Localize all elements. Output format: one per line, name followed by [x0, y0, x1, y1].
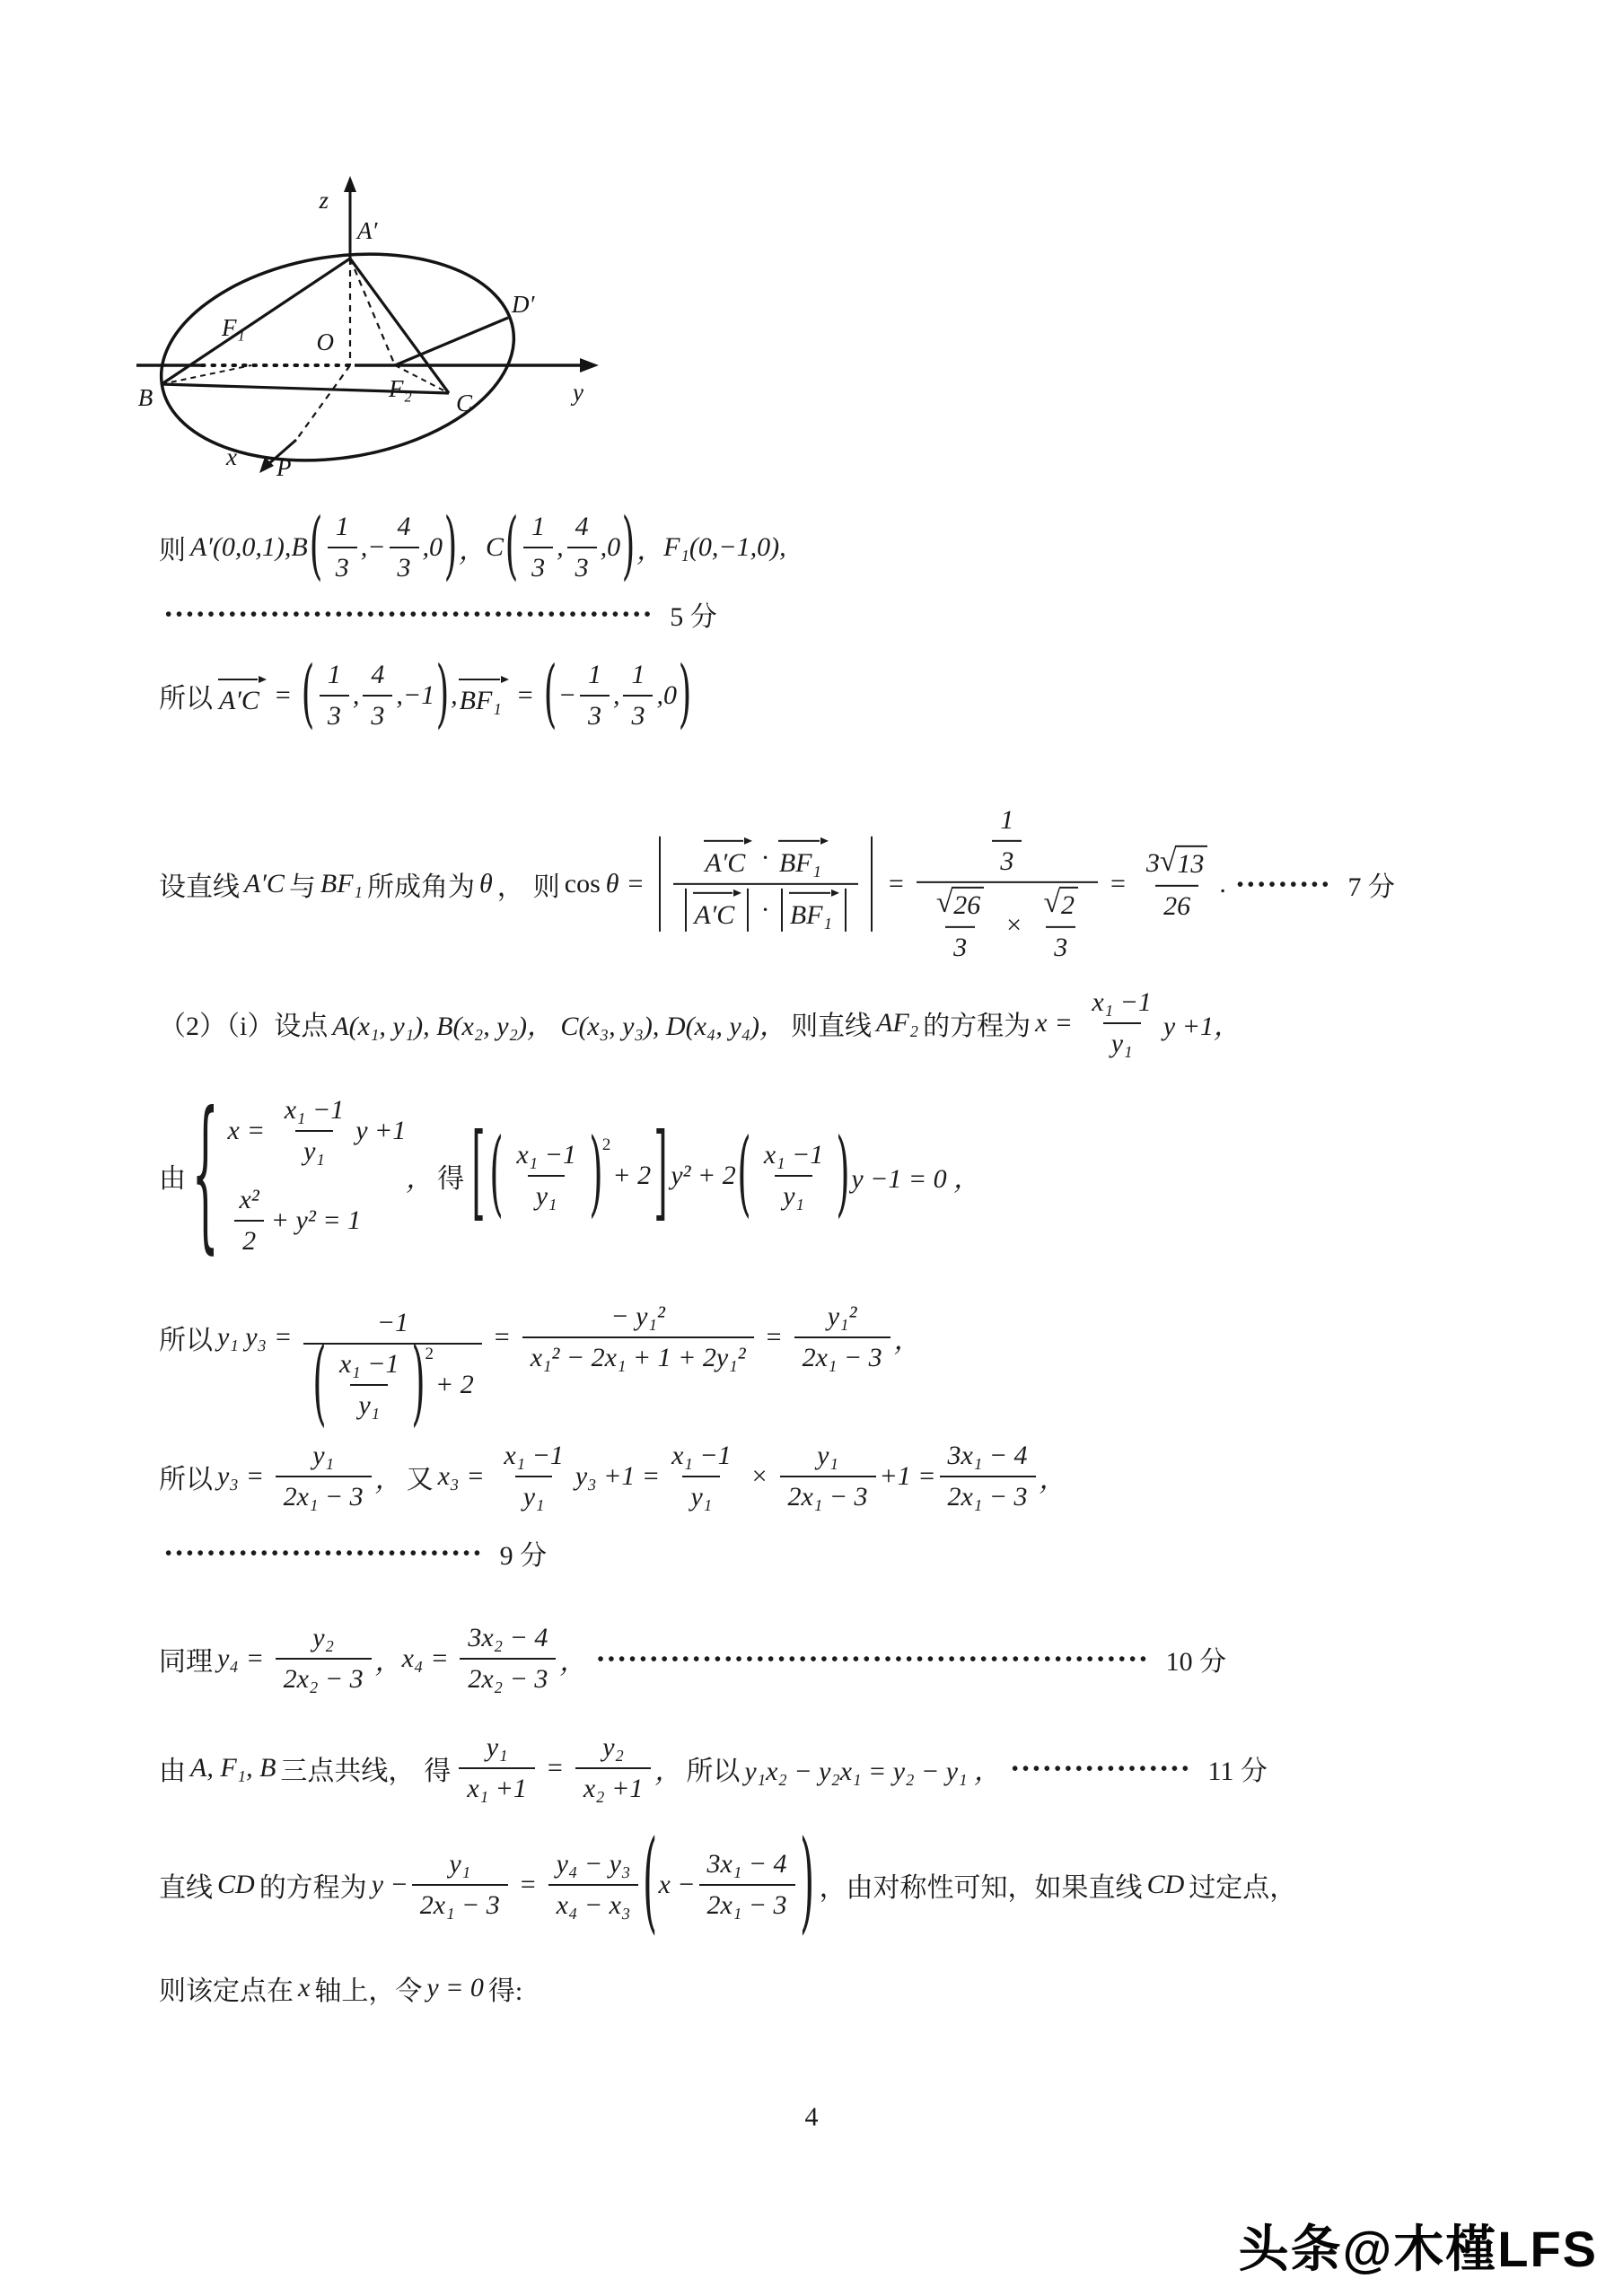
watermark: 头条@木槿LFS: [1239, 2210, 1598, 2282]
equals-sign: =: [276, 1322, 291, 1353]
text-de-colon: 得:: [488, 1968, 522, 2008]
equation-2: x²2 + y² = 1: [227, 1184, 361, 1258]
equals-sign: =: [518, 680, 533, 711]
vector-B-F1: BF₁: [777, 837, 829, 880]
equals-sign: =: [521, 1870, 536, 1900]
fraction: x₁ −1y₁: [508, 1139, 584, 1213]
numerator: √26: [928, 887, 992, 926]
dotted-leader: ••••••••••••••••••••••••••••••••••••••••…: [165, 603, 654, 626]
formula-line-7: 所以 y₁ y₃ = −1 ( x₁ −1y₁ ) 2 + 2 = − y₁²x…: [154, 1280, 921, 1395]
numerator: 4: [567, 511, 597, 547]
fraction: − y₁²x₁² − 2x₁ + 1 + 2y₁²: [522, 1301, 754, 1374]
comma: ,: [451, 680, 458, 711]
denominator: x₂ +1: [575, 1767, 652, 1805]
numerator: x₁ −1: [276, 1094, 353, 1130]
numerator: 1: [523, 511, 553, 547]
denominator: 3: [567, 547, 597, 584]
text-angle: 所成角为: [367, 864, 475, 904]
segment-Aprime-C: [350, 259, 449, 393]
absolute-value: A′C: [685, 889, 749, 932]
score-11: 11 分: [1208, 1748, 1268, 1788]
numerator: x₁ −1: [508, 1139, 584, 1175]
z-arrowhead: [344, 176, 356, 192]
comma: ，: [894, 1318, 921, 1357]
period: .: [1219, 869, 1226, 899]
denominator: 2x₂ − 3: [276, 1658, 372, 1696]
line-CD: CD: [1147, 1870, 1185, 1900]
var-x: x: [1035, 1008, 1047, 1038]
equals-sign: =: [249, 1116, 264, 1146]
comma: ,: [361, 532, 368, 563]
fraction: 13: [580, 659, 610, 732]
equation-system: x = x₁ −1y₁ y +1 x²2 + y² = 1: [227, 1094, 406, 1258]
open-bracket: [: [472, 1124, 486, 1227]
figure-3d-ellipse: z A′ O F₁ F₂ D′ B C y x P: [126, 169, 610, 478]
minus-sign: −: [558, 680, 576, 711]
open-paren: (: [737, 1129, 750, 1222]
label-F2: F₂: [388, 375, 412, 402]
y1-y3: y₁ y₃: [217, 1322, 267, 1353]
plus-2: + 2: [612, 1161, 651, 1191]
text-fixed-point: 过定点，: [1189, 1865, 1296, 1905]
text-you: 由: [159, 1748, 186, 1788]
denominator: x₁ +1: [459, 1767, 535, 1805]
point-F1: F₁(0,−1,0),: [663, 532, 785, 563]
denominator: 2x₁ − 3: [412, 1884, 508, 1922]
denominator: 3: [523, 547, 553, 584]
fraction: 43: [567, 511, 597, 584]
fraction: −1 ( x₁ −1y₁ ) 2 + 2: [303, 1307, 482, 1422]
fraction: x₁ −1y₁: [331, 1348, 408, 1422]
fraction: 3√13 26: [1138, 846, 1215, 923]
vector-A-prime-C: A′C: [217, 675, 267, 716]
coefficient: 3: [1146, 847, 1160, 880]
denominator: 2x₁ − 3: [780, 1476, 876, 1513]
coord-tail: ,−1: [396, 680, 434, 711]
comma: ，: [636, 528, 663, 567]
open-paren: (: [643, 1830, 657, 1940]
equals-sign: =: [248, 1461, 263, 1492]
var-x3: x₃: [438, 1461, 460, 1492]
var-x: x: [227, 1116, 239, 1146]
open-paren: (: [543, 659, 557, 733]
open-paren: (: [505, 511, 519, 585]
cos-label: cos: [565, 869, 601, 899]
times-sign: ×: [1005, 909, 1022, 942]
equation-1: x = x₁ −1y₁ y +1: [227, 1094, 406, 1168]
fraction: y₁x₁ +1: [459, 1731, 535, 1805]
coord-tail: ,0: [656, 680, 677, 711]
equals-sign: =: [1056, 1008, 1071, 1038]
text-axis-let: 轴上，令: [314, 1968, 422, 2008]
denominator: 26: [1155, 885, 1198, 923]
point-A-prime: A′(0,0,1),: [190, 532, 291, 563]
superscript-2: 2: [425, 1345, 434, 1365]
comma: ，: [406, 1156, 433, 1196]
text-tongli: 同理: [159, 1639, 213, 1678]
line-A-F2: AF₂: [876, 1008, 918, 1038]
score-5: 5 分: [670, 594, 717, 634]
numerator: 3√13: [1138, 846, 1215, 885]
denominator: y₁: [350, 1384, 388, 1422]
var-x4: x₄: [402, 1643, 424, 1674]
formula-line-1: 则 A′(0,0,1), B ( 13 , − 43 ,0 ) ， C ( 13…: [154, 511, 786, 584]
denominator: ( x₁ −1y₁ ) 2 + 2: [303, 1343, 482, 1422]
fraction: y₄ − y₃x₄ − x₃: [548, 1848, 639, 1922]
fraction: x²2: [231, 1184, 267, 1258]
denominator: 2x₂ − 3: [460, 1658, 556, 1696]
ellipse-equation-tail: + y² = 1: [271, 1205, 361, 1236]
score-line-5: ••••••••••••••••••••••••••••••••••••••••…: [154, 594, 722, 634]
superscript-2: 2: [602, 1135, 611, 1155]
numerator: 1: [992, 804, 1022, 840]
equals-sign: =: [468, 1461, 483, 1492]
dotted-leader: •••••••••••••••••: [1012, 1757, 1193, 1780]
denominator: 3: [320, 695, 349, 732]
numerator: y₁²: [820, 1301, 865, 1336]
comma: ,: [353, 680, 360, 711]
denominator: y₁: [682, 1476, 720, 1513]
equals-sign: =: [248, 1643, 263, 1674]
vector-A-prime-C: A′C: [703, 837, 752, 880]
text-yu: 与: [289, 864, 316, 904]
y-minus: y −: [372, 1870, 408, 1900]
numerator: y₁: [478, 1731, 516, 1767]
numerator: x₁ −1: [331, 1348, 408, 1384]
equals-sign: =: [767, 1322, 782, 1353]
numerator: y₁: [441, 1848, 478, 1884]
fraction: 43: [390, 511, 419, 584]
text-equation-is: 的方程为: [923, 1003, 1031, 1043]
close-paren: ): [799, 1830, 813, 1940]
formula-line-12: 直线 CD 的方程为 y − y₁2x₁ − 3 = y₄ − y₃x₄ − x…: [154, 1848, 1301, 1922]
close-paren: ): [436, 659, 450, 733]
radical-sign: √: [936, 885, 952, 921]
cross-multiplied-expr: y₁x₂ − y₂x₁ = y₂ − y₁ ，: [744, 1748, 1001, 1788]
numerator: − y₁²: [602, 1301, 672, 1336]
fraction: y₁2x₁ − 3: [276, 1440, 372, 1513]
tail-y-plus-1: y +1，: [1163, 1003, 1241, 1043]
denominator: 3: [390, 547, 419, 584]
var-y4: y₄: [217, 1643, 239, 1674]
text-suoyi: 所以: [686, 1748, 740, 1788]
radical-sign: √: [1160, 844, 1176, 880]
score-10: 10 分: [1166, 1639, 1227, 1678]
equals-sign: =: [495, 1322, 510, 1353]
points-ABCD: A(x₁, y₁), B(x₂, y₂)， C(x₃, y₃), D(x₄, y…: [332, 1003, 786, 1043]
denominator: x₁² − 2x₁ + 1 + 2y₁²: [522, 1336, 754, 1374]
equals-sign: =: [628, 869, 644, 899]
fraction: x₁ −1y₁: [276, 1094, 353, 1168]
square-root: √13: [1160, 846, 1207, 881]
text-ze: 则: [533, 864, 560, 904]
numerator: 1: [580, 659, 610, 695]
label-x: x: [225, 443, 237, 470]
denominator: 2: [234, 1220, 264, 1258]
tail-y-plus-1: y +1: [355, 1116, 406, 1146]
text-you: 由: [159, 1156, 186, 1196]
denominator: √26 3 × √2 3: [917, 881, 1098, 964]
close-paren: ): [589, 1129, 602, 1222]
equals-sign: =: [1110, 869, 1126, 899]
text-symmetry: ，由对称性可知，如果直线: [820, 1865, 1143, 1905]
denominator: 3: [1046, 926, 1075, 964]
dot-operator: ·: [761, 894, 768, 926]
coord-tail: ,0: [601, 532, 621, 563]
text-collinear: 三点共线，: [280, 1748, 415, 1788]
denominator: 3: [623, 695, 653, 732]
numerator: y₄ − y₃: [548, 1848, 639, 1884]
system-brace: {: [191, 1093, 219, 1258]
text-ze-zhixian: 则直线: [791, 1003, 872, 1043]
numerator: 3x₁ − 4: [699, 1848, 795, 1884]
numerator: x₁ −1: [663, 1440, 740, 1476]
denominator: x₄ − x₃: [548, 1884, 639, 1922]
numerator: y₁: [304, 1440, 342, 1476]
numerator: −1: [369, 1307, 417, 1343]
square-root: √26: [936, 887, 984, 923]
fraction: 13: [328, 511, 357, 584]
page-number: 4: [0, 2102, 1623, 2133]
document-page: z A′ O F₁ F₂ D′ B C y x P 则 A′(0,0,1), B…: [0, 0, 1623, 2296]
denominator: y₁: [775, 1175, 812, 1213]
label-D-prime: D′: [511, 291, 535, 318]
close-paren: ): [679, 659, 692, 733]
score-7: 7 分: [1348, 864, 1396, 904]
var-x: x: [298, 1973, 310, 2003]
close-paren: ): [837, 1129, 850, 1222]
numerator: x₁ −1: [756, 1139, 832, 1175]
denominator: 3: [328, 547, 357, 584]
numerator: x₁ −1: [1083, 986, 1160, 1022]
text-you2: 又: [407, 1457, 434, 1496]
comma: ，: [375, 1639, 402, 1678]
label-A-prime: A′: [355, 217, 378, 244]
text-de: 得: [437, 1156, 464, 1196]
denominator: y₁: [1103, 1022, 1141, 1060]
close-paren: ): [622, 511, 636, 585]
dotted-leader: •••••••••: [1237, 873, 1333, 896]
label-O: O: [317, 329, 335, 355]
denominator: 3: [945, 926, 975, 964]
vector-A-prime-C: A′C: [692, 889, 741, 932]
numerator: x₁ −1: [496, 1440, 572, 1476]
text-zhixian: 直线: [159, 1865, 213, 1905]
x-axis-dashed: [296, 365, 350, 440]
numerator: A′C · BF₁: [695, 837, 837, 883]
formula-line-6: 由 { x = x₁ −1y₁ y +1 x²2 + y² = 1 ， 得 [ …: [154, 1094, 980, 1258]
y-squared-term: y² + 2: [671, 1161, 736, 1191]
comma: ，: [459, 528, 486, 567]
close-paren: ): [412, 1338, 425, 1432]
dot-operator: ·: [761, 842, 768, 874]
text-fixed-point-on: 则该定点在: [159, 1968, 294, 2008]
radicand: 2: [1059, 887, 1078, 922]
formula-line-8: 所以 y₃ = y₁2x₁ − 3 ， 又 x₃ = x₁ −1y₁ y₃ +1…: [154, 1440, 1066, 1513]
point-C: C: [486, 532, 504, 563]
fraction: 43: [363, 659, 392, 732]
radicand: 13: [1175, 846, 1207, 881]
denominator: 2x₁ − 3: [276, 1476, 372, 1513]
denominator: 2x₁ − 3: [794, 1336, 890, 1374]
open-paren: (: [309, 511, 322, 585]
point-B: B: [291, 532, 307, 563]
formula-line-10: 同理 y₄ = y₂2x₂ − 3 ， x₄ = 3x₂ − 42x₂ − 3 …: [154, 1622, 1231, 1696]
fraction: 13: [623, 659, 653, 732]
line-CD: CD: [217, 1870, 255, 1900]
line-A-prime-C: A′C: [244, 869, 285, 899]
score-line-9: •••••••••••••••••••••••••••••• 9 分: [154, 1533, 551, 1573]
times-sign: ×: [752, 1461, 768, 1492]
denominator: 3: [363, 695, 392, 732]
denominator: y₁: [515, 1476, 553, 1513]
fraction: x₁ −1y₁: [496, 1440, 572, 1513]
open-paren: (: [301, 659, 314, 733]
label-z: z: [318, 187, 329, 214]
text-then: 则: [159, 528, 186, 567]
fraction: √26 3: [928, 887, 992, 964]
text-suoyi: 所以: [159, 1457, 213, 1496]
x-minus: x −: [658, 1870, 695, 1900]
numerator: 4: [363, 659, 392, 695]
comma: ,: [557, 532, 564, 563]
fraction: x₁ −1y₁: [663, 1440, 740, 1513]
formula-line-3: 所以 A′C = ( 13 , 43 ,−1 ) , BF₁ = ( − 13 …: [154, 659, 693, 732]
label-C: C: [456, 390, 473, 416]
fraction: 3x₁ − 42x₁ − 3: [940, 1440, 1036, 1513]
fraction: y₁²2x₁ − 3: [794, 1301, 890, 1374]
score-9: 9 分: [500, 1533, 548, 1573]
fraction: x₁ −1y₁: [1083, 986, 1160, 1060]
vector-B-F1: BF₁: [788, 889, 839, 932]
square-root: √2: [1044, 887, 1078, 923]
fraction: 13 √26 3 × √2 3: [917, 804, 1098, 964]
formula-line-11: 由 A, F₁, B 三点共线， 得 y₁x₁ +1 = y₂x₂ +1 ， 所…: [154, 1731, 1272, 1805]
numerator: 1: [623, 659, 653, 695]
comma: ，: [497, 864, 524, 904]
formula-line-5: （2）（i）设点 A(x₁, y₁), B(x₂, y₂)， C(x₃, y₃)…: [154, 986, 1241, 1060]
text-part2-setpoints: （2）（i）设点: [159, 1003, 328, 1043]
formula-line-4: 设直线 A′C 与 BF₁ 所成角为 θ ， 则 cos θ = A′C · B…: [154, 804, 1399, 964]
fraction: 13: [992, 804, 1022, 878]
comma: ，: [1040, 1457, 1066, 1496]
close-bracket: ]: [654, 1124, 667, 1227]
text-equation-is: 的方程为: [259, 1865, 367, 1905]
fraction: √2 3: [1036, 887, 1086, 964]
numerator: 13: [980, 804, 1033, 881]
theta: θ: [479, 869, 493, 899]
absolute-value: BF₁: [781, 889, 847, 932]
numerator: 3x₂ − 4: [460, 1622, 556, 1658]
var-y3: y₃: [217, 1461, 239, 1492]
numerator: x²: [231, 1184, 267, 1220]
theta: θ: [606, 869, 619, 899]
open-paren: (: [490, 1129, 504, 1222]
denominator: 2x₁ − 3: [699, 1884, 795, 1922]
radicand: 26: [952, 887, 984, 922]
denominator: A′C · BF₁: [673, 883, 858, 932]
coord-tail: ,0: [423, 532, 443, 563]
fraction: y₂x₂ +1: [575, 1731, 652, 1805]
text-suoyi: 所以: [159, 1318, 213, 1357]
equals-sign: =: [432, 1643, 447, 1674]
y3-plus-1-equals: y₃ +1 =: [575, 1461, 660, 1492]
comma: ,: [613, 680, 620, 711]
dotted-leader: ••••••••••••••••••••••••••••••: [165, 1542, 485, 1564]
comma: ，: [375, 1457, 402, 1496]
denominator: y₁: [528, 1175, 566, 1213]
equation-tail: y −1 = 0 ，: [851, 1156, 980, 1196]
text-de: 得: [424, 1748, 451, 1788]
y-equals-0: y = 0: [426, 1973, 484, 2003]
numerator: 1: [328, 511, 357, 547]
text-line-13: 则该定点在 x 轴上，令 y = 0 得:: [154, 1968, 527, 2008]
label-y: y: [570, 379, 583, 406]
numerator: 1: [320, 659, 349, 695]
numerator: y₂: [304, 1622, 342, 1658]
fraction: y₁2x₁ − 3: [412, 1848, 508, 1922]
fraction: y₂2x₂ − 3: [276, 1622, 372, 1696]
minus-sign: −: [367, 532, 385, 563]
y-arrowhead: [580, 358, 599, 372]
denominator: y₁: [295, 1130, 333, 1168]
fraction: A′C · BF₁ A′C · BF₁: [673, 837, 858, 932]
label-P: P: [276, 454, 292, 478]
numerator: y₂: [594, 1731, 632, 1767]
radical-sign: √: [1044, 885, 1060, 921]
fraction: 3x₂ − 42x₂ − 3: [460, 1622, 556, 1696]
squared-group: ( x₁ −1y₁ ) 2 + 2: [488, 1139, 651, 1213]
equals-sign: =: [889, 869, 904, 899]
comma: ，: [559, 1639, 586, 1678]
absolute-value-outer: A′C · BF₁ A′C · BF₁: [659, 837, 873, 932]
vector-B-F1: BF₁: [458, 675, 509, 716]
fraction: 13: [523, 511, 553, 584]
plus-2: + 2: [435, 1369, 474, 1401]
points-A-F1-B: A, F₁, B: [190, 1753, 276, 1783]
text-she-zhixian: 设直线: [159, 864, 240, 904]
equals-sign: =: [548, 1753, 563, 1783]
label-B: B: [138, 384, 154, 411]
fraction: x₁ −1y₁: [756, 1139, 832, 1213]
label-F1: F₁: [221, 314, 245, 341]
plus-1-equals: +1 =: [880, 1461, 936, 1492]
denominator: 3: [580, 695, 610, 732]
fraction: y₁2x₁ − 3: [780, 1440, 876, 1513]
numerator: √2: [1036, 887, 1086, 926]
equals-sign: =: [276, 680, 291, 711]
text-suoyi: 所以: [159, 676, 213, 715]
numerator: 3x₁ − 4: [940, 1440, 1036, 1476]
fraction: 3x₁ − 42x₁ − 3: [699, 1848, 795, 1922]
comma: ，: [654, 1748, 681, 1788]
denominator: 3: [992, 840, 1022, 878]
dotted-leader: ••••••••••••••••••••••••••••••••••••••••…: [597, 1648, 1150, 1670]
close-paren: ): [444, 511, 458, 585]
line-B-F1: BF₁: [320, 869, 363, 899]
numerator: y₁: [809, 1440, 847, 1476]
numerator: 4: [390, 511, 419, 547]
open-paren: (: [312, 1338, 326, 1432]
fraction: 13: [320, 659, 349, 732]
denominator: 2x₁ − 3: [940, 1476, 1036, 1513]
